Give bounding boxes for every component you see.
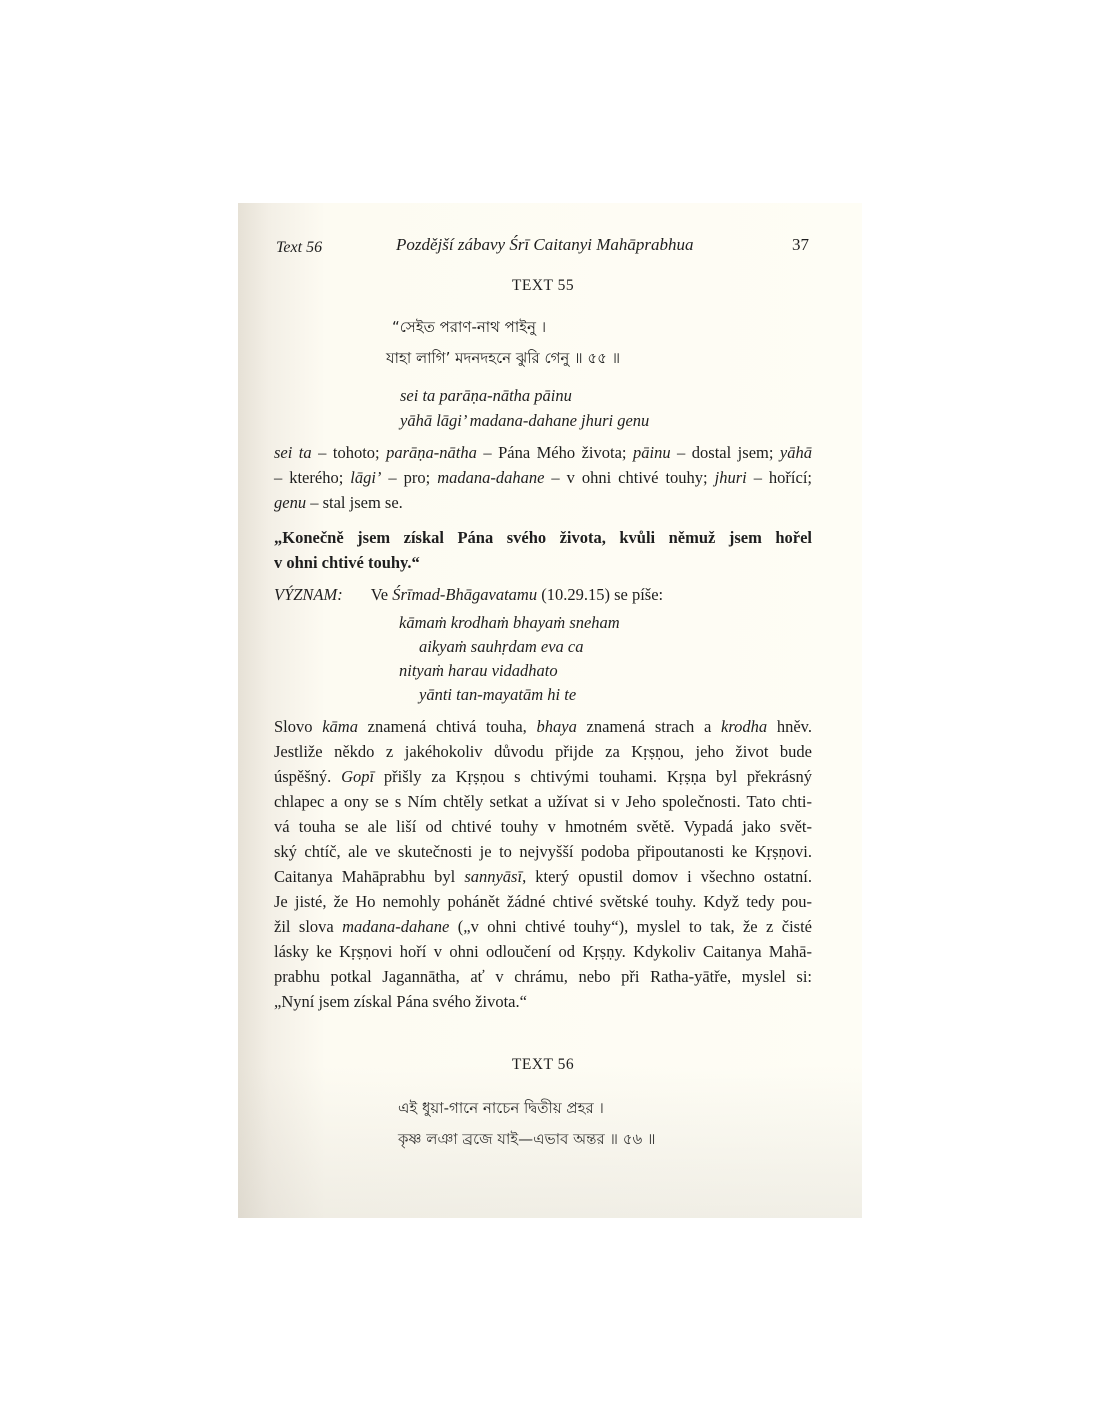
text-run: lásky ke Kṛṣṇovi hoří v ohni odloučení o… <box>274 942 812 961</box>
text-line: chlapec a ony se s Ním chtěly setkat a u… <box>274 789 812 814</box>
text-run: („v ohni chtivé touhy“), myslel to tak, … <box>449 917 812 936</box>
text-run: – stal jsem se. <box>306 493 403 512</box>
translation-line: „Konečně jsem získal Pána svého života, … <box>274 525 812 550</box>
text-line: Je jisté, že Ho nemohly pohánět žádné ch… <box>274 889 812 914</box>
quote-line-3: nityaṁ harau vidadhato <box>399 661 558 681</box>
text-run: – pro; <box>381 468 437 487</box>
text-line: Jestliže někdo z jakéhokoliv důvodu přij… <box>274 739 812 764</box>
text-line: sei ta – tohoto; parāṇa-nātha – Pána Méh… <box>274 440 812 465</box>
text-run: Je jisté, že Ho nemohly pohánět žádné ch… <box>274 892 812 911</box>
text-55-transliteration-line-2: yāhā lāgi’ madana-dahane jhuri genu <box>400 411 649 431</box>
text-run: – dostal jsem; <box>671 443 780 462</box>
text-run: – kterého; <box>274 468 350 487</box>
running-head-verse: Text 56 <box>276 239 322 257</box>
book-page: Text 56 Pozdější zábavy Śrī Caitanyi Mah… <box>238 203 862 1218</box>
text-line: žil slova madana-dahane („v ohni chtivé … <box>274 914 812 939</box>
text-run: , který opustil domov i všechno ostatní. <box>522 867 812 886</box>
text-run: přišly za Kṛṣṇou s chtivými touhami. Kṛṣ… <box>374 767 812 786</box>
translation-line: v ohni chtivé touhy.“ <box>274 550 812 575</box>
text-run: Caitanya Mahāprabhu byl <box>274 867 464 886</box>
text-line: Slovo kāma znamená chtivá touha, bhaya z… <box>274 714 812 739</box>
text-line: genu – stal jsem se. <box>274 490 812 515</box>
text-run: znamená strach a <box>577 717 721 736</box>
italic-term: krodha <box>721 717 767 736</box>
running-head-title: Pozdější zábavy Śrī Caitanyi Mahāprabhua <box>396 235 693 255</box>
text-55-heading: TEXT 55 <box>274 277 812 295</box>
text-run: Jestliže někdo z jakéhokoliv důvodu přij… <box>274 742 812 761</box>
italic-term: madana-dahane <box>342 917 449 936</box>
italic-term: lāgi’ <box>350 468 381 487</box>
text-55-bengali-line-2: যাহা লাগি’ মদনদহনে ঝুরি গেনু ॥ ৫৫ ॥ <box>386 347 620 372</box>
text-line: – kterého; lāgi’ – pro; madana-dahane – … <box>274 465 812 490</box>
purport-intro: VÝZNAM: Ve Śrīmad-Bhāgavatamu (10.29.15)… <box>274 585 663 605</box>
purport-body: Slovo kāma znamená chtivá touha, bhaya z… <box>274 714 812 1014</box>
italic-term: kāma <box>322 717 358 736</box>
text-run: – v ohni chtivé touhy; <box>544 468 714 487</box>
italic-term: yāhā <box>780 443 812 462</box>
text-run: – tohoto; <box>312 443 386 462</box>
italic-term: sannyāsī <box>464 867 522 886</box>
italic-term: Śrīmad-Bhāgavatamu <box>392 585 537 604</box>
italic-term: madana-dahane <box>437 468 544 487</box>
text-run: znamená chtivá touha, <box>358 717 537 736</box>
italic-term: jhuri <box>715 468 747 487</box>
italic-term: bhaya <box>537 717 577 736</box>
page-number: 37 <box>792 235 809 255</box>
text-run: – Pána Mého života; <box>477 443 633 462</box>
text-run: „Nyní jsem získal Pána svého života.“ <box>274 992 527 1011</box>
text-line: úspěšný. Gopī přišly za Kṛṣṇou s chtivým… <box>274 764 812 789</box>
text-run: – hořící; <box>747 468 812 487</box>
text-55-transliteration-line-1: sei ta parāṇa-nātha pāinu <box>400 386 572 406</box>
text-run: Ve <box>371 585 393 604</box>
text-line: ský chtíč, ale ve skutečnosti je to nejv… <box>274 839 812 864</box>
italic-term: parāṇa-nātha <box>386 443 477 462</box>
text-55-bengali-line-1: “সেইত পরাণ-নাথ পাইনু । <box>392 316 546 341</box>
text-run: chlapec a ony se s Ním chtěly setkat a u… <box>274 792 812 811</box>
text-line: „Nyní jsem získal Pána svého života.“ <box>274 989 812 1014</box>
text-run: prabhu potkal Jagannātha, ať v chrámu, n… <box>274 967 812 986</box>
italic-term: Gopī <box>341 767 374 786</box>
italic-term: sei ta <box>274 443 312 462</box>
text-run: Slovo <box>274 717 322 736</box>
text-55-translation: „Konečně jsem získal Pána svého života, … <box>274 525 812 575</box>
text-run: žil slova <box>274 917 342 936</box>
purport-intro-text: Ve Śrīmad-Bhāgavatamu (10.29.15) se píše… <box>371 585 663 604</box>
italic-term: genu <box>274 493 306 512</box>
text-56-bengali-line-2: কৃষ্ণ লঞা ব্রজে যাই—এভাব অন্তর ॥ ৫৬ ॥ <box>398 1128 656 1153</box>
quote-line-2: aikyaṁ sauhṛdam eva ca <box>419 637 584 657</box>
text-line: vá touha se ale liší od chtivé touhy v h… <box>274 814 812 839</box>
italic-term: pāinu <box>633 443 671 462</box>
quote-line-1: kāmaṁ krodhaṁ bhayaṁ sneham <box>399 613 620 633</box>
text-56-heading: TEXT 56 <box>274 1056 812 1074</box>
text-run: úspěšný. <box>274 767 341 786</box>
text-line: lásky ke Kṛṣṇovi hoří v ohni odloučení o… <box>274 939 812 964</box>
text-run: ský chtíč, ale ve skutečnosti je to nejv… <box>274 842 812 861</box>
text-56-bengali-line-1: এই ধুয়া-গানে নাচেন দ্বিতীয় প্রহর । <box>398 1097 604 1122</box>
text-line: prabhu potkal Jagannātha, ať v chrámu, n… <box>274 964 812 989</box>
text-run: hněv. <box>767 717 812 736</box>
quote-line-4: yānti tan-mayatām hi te <box>419 685 576 705</box>
text-run: vá touha se ale liší od chtivé touhy v h… <box>274 817 812 836</box>
text-line: Caitanya Mahāprabhu byl sannyāsī, který … <box>274 864 812 889</box>
purport-label: VÝZNAM: <box>274 585 343 604</box>
text-run: (10.29.15) se píše: <box>537 585 663 604</box>
text-55-synonyms: sei ta – tohoto; parāṇa-nātha – Pána Méh… <box>274 440 812 515</box>
